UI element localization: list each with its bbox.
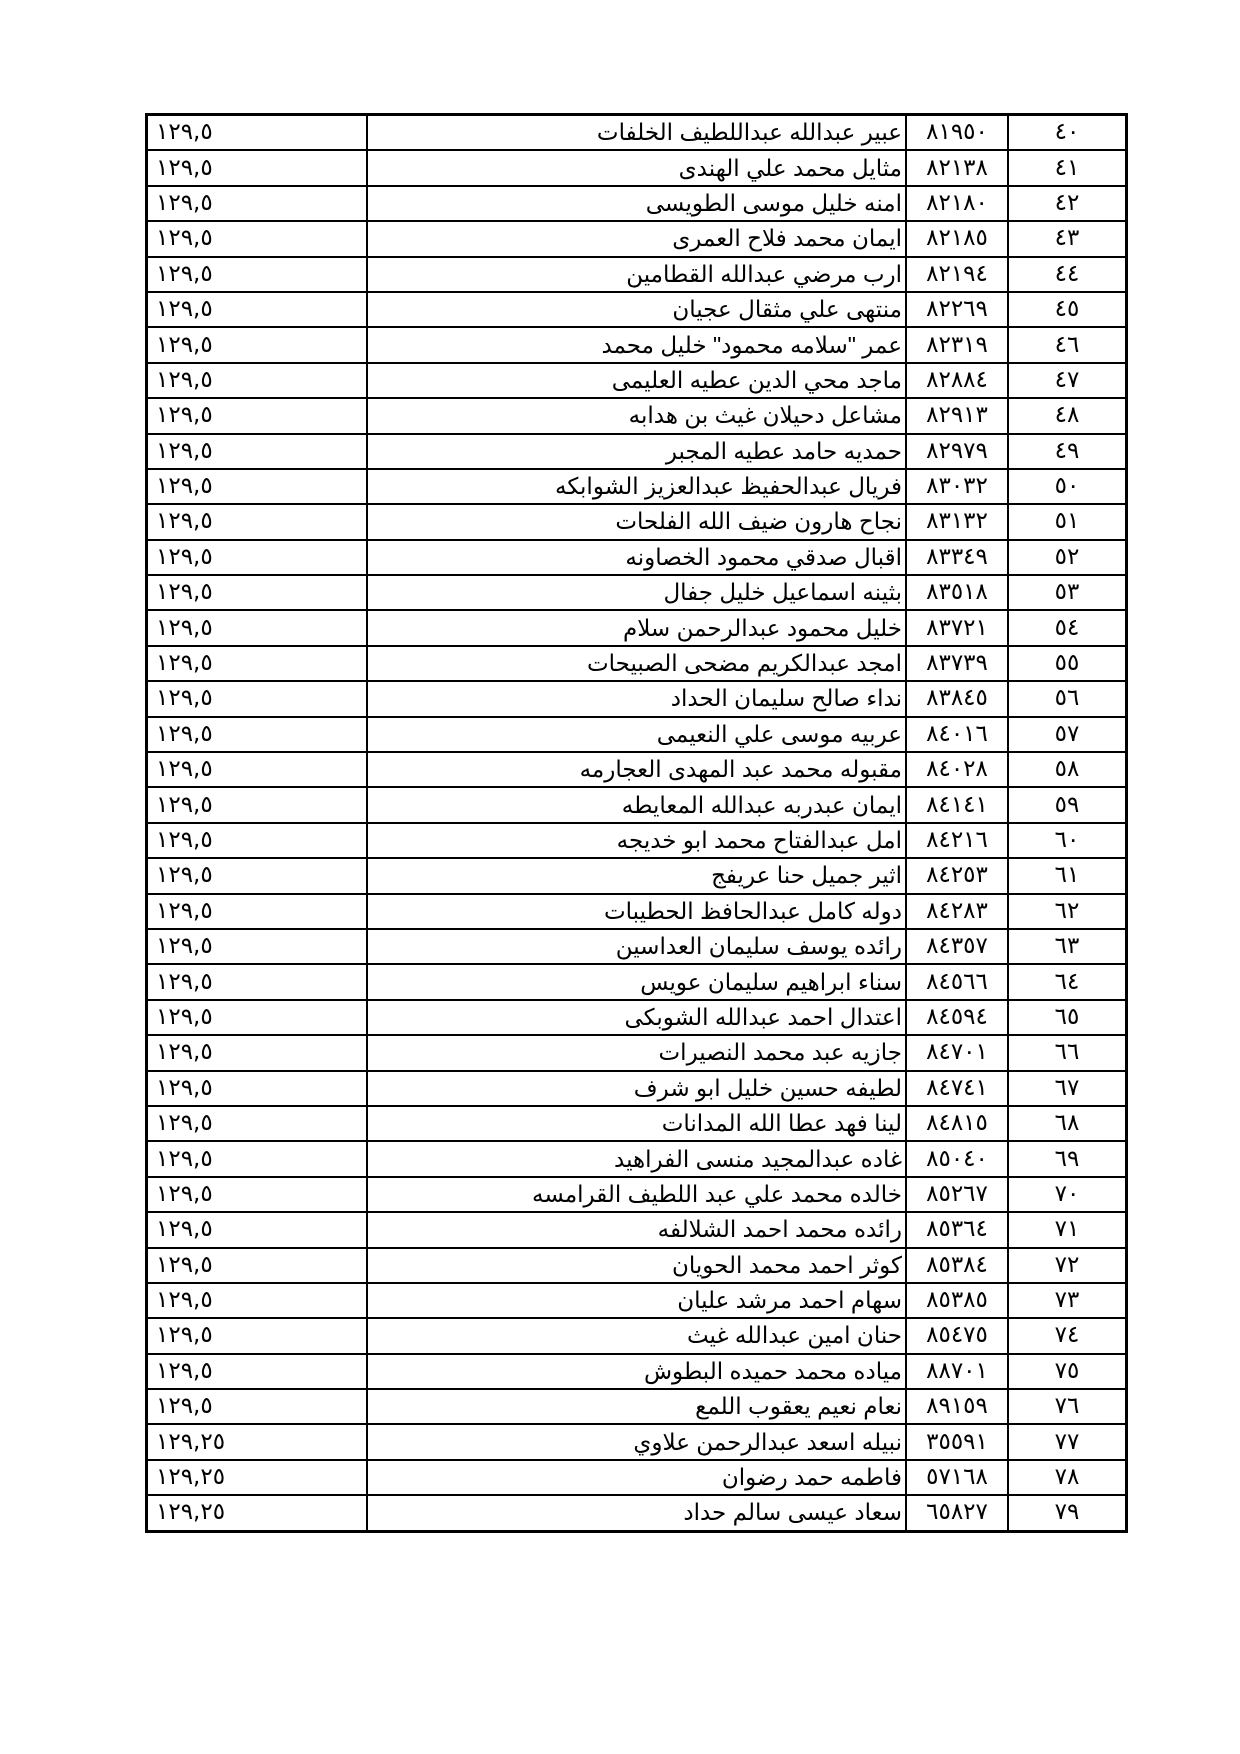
full-name-cell: خالده محمد علي عبد اللطيف القرامسه (367, 1177, 906, 1212)
score-cell: ١٢٩,٥ (147, 1106, 368, 1141)
full-name-cell: منتهى علي مثقال عجيان (367, 292, 906, 327)
row-index-cell: ٦٠ (1008, 823, 1127, 858)
record-id-cell: ٣٥٥٩١ (906, 1424, 1008, 1459)
record-id-cell: ٨٢٩٧٩ (906, 434, 1008, 469)
table-row: ٦٨٨٤٨١٥لينا فهد عطا الله المدانات١٢٩,٥ (147, 1106, 1127, 1141)
table-row: ٤٧٨٢٨٨٤ماجد محي الدين عطيه العليمى١٢٩,٥ (147, 363, 1127, 398)
score-cell: ١٢٩,٥ (147, 1000, 368, 1035)
record-id-cell: ٨٥٣٦٤ (906, 1212, 1008, 1247)
full-name-cell: بثينه اسماعيل خليل جفال (367, 575, 906, 610)
table-row: ٦١٨٤٢٥٣اثير جميل حنا عريفج١٢٩,٥ (147, 858, 1127, 893)
record-id-cell: ٨٢١٣٨ (906, 150, 1008, 185)
row-index-cell: ٦٢ (1008, 894, 1127, 929)
full-name-cell: فريال عبدالحفيظ عبدالعزيز الشوابكه (367, 469, 906, 504)
full-name-cell: ايمان محمد فلاح العمرى (367, 221, 906, 256)
row-index-cell: ٥٤ (1008, 610, 1127, 645)
record-id-cell: ٨٥٣٨٥ (906, 1283, 1008, 1318)
row-index-cell: ٤٩ (1008, 434, 1127, 469)
roster-table-body: ٤٠٨١٩٥٠عبير عبدالله عبداللطيف الخلفات١٢٩… (147, 115, 1127, 1532)
record-id-cell: ٨٤٨١٥ (906, 1106, 1008, 1141)
record-id-cell: ٦٥٨٢٧ (906, 1495, 1008, 1531)
full-name-cell: مياده محمد حميده البطوش (367, 1354, 906, 1389)
table-row: ٥١٨٣١٣٢نجاح هارون ضيف الله الفلحات١٢٩,٥ (147, 504, 1127, 539)
row-index-cell: ٤٧ (1008, 363, 1127, 398)
row-index-cell: ٦٦ (1008, 1035, 1127, 1070)
full-name-cell: امنه خليل موسى الطويسى (367, 186, 906, 221)
row-index-cell: ٧٨ (1008, 1460, 1127, 1495)
full-name-cell: فاطمه حمد رضوان (367, 1460, 906, 1495)
full-name-cell: مثايل محمد علي الهندى (367, 150, 906, 185)
score-cell: ١٢٩,٥ (147, 540, 368, 575)
record-id-cell: ٨٤٧٤١ (906, 1071, 1008, 1106)
full-name-cell: امجد عبدالكريم مضحى الصبيحات (367, 646, 906, 681)
full-name-cell: نجاح هارون ضيف الله الفلحات (367, 504, 906, 539)
full-name-cell: عبير عبدالله عبداللطيف الخلفات (367, 115, 906, 151)
score-cell: ١٢٩,٥ (147, 717, 368, 752)
full-name-cell: سعاد عيسى سالم حداد (367, 1495, 906, 1531)
row-index-cell: ٤٨ (1008, 398, 1127, 433)
full-name-cell: امل عبدالفتاح محمد ابو خديجه (367, 823, 906, 858)
table-row: ٥٠٨٣٠٣٢فريال عبدالحفيظ عبدالعزيز الشوابك… (147, 469, 1127, 504)
record-id-cell: ٨٢١٨٥ (906, 221, 1008, 256)
full-name-cell: دوله كامل عبدالحافظ الحطيبات (367, 894, 906, 929)
table-row: ٧٨٥٧١٦٨فاطمه حمد رضوان١٢٩,٢٥ (147, 1460, 1127, 1495)
score-cell: ١٢٩,٥ (147, 610, 368, 645)
row-index-cell: ٥١ (1008, 504, 1127, 539)
score-cell: ١٢٩,٥ (147, 469, 368, 504)
record-id-cell: ٨١٩٥٠ (906, 115, 1008, 151)
full-name-cell: غاده عبدالمجيد منسى الفراهيد (367, 1141, 906, 1176)
row-index-cell: ٤٥ (1008, 292, 1127, 327)
record-id-cell: ٨٥٠٤٠ (906, 1141, 1008, 1176)
score-cell: ١٢٩,٥ (147, 434, 368, 469)
score-cell: ١٢٩,٥ (147, 1389, 368, 1424)
table-row: ٦٥٨٤٥٩٤اعتدال احمد عبدالله الشوبكى١٢٩,٥ (147, 1000, 1127, 1035)
table-row: ٤٦٨٢٣١٩عمر "سلامه محمود" خليل محمد١٢٩,٥ (147, 327, 1127, 362)
row-index-cell: ٧١ (1008, 1212, 1127, 1247)
full-name-cell: حمديه حامد عطيه المجبر (367, 434, 906, 469)
row-index-cell: ٥٢ (1008, 540, 1127, 575)
row-index-cell: ٧٦ (1008, 1389, 1127, 1424)
score-cell: ١٢٩,٥ (147, 929, 368, 964)
document-page: ٤٠٨١٩٥٠عبير عبدالله عبداللطيف الخلفات١٢٩… (0, 0, 1240, 1754)
full-name-cell: مشاعل دحيلان غيث بن هدابه (367, 398, 906, 433)
score-cell: ١٢٩,٢٥ (147, 1495, 368, 1531)
record-id-cell: ٨٨٧٠١ (906, 1354, 1008, 1389)
score-cell: ١٢٩,٥ (147, 398, 368, 433)
full-name-cell: اثير جميل حنا عريفج (367, 858, 906, 893)
row-index-cell: ٧٠ (1008, 1177, 1127, 1212)
record-id-cell: ٨٣١٣٢ (906, 504, 1008, 539)
record-id-cell: ٨٤٠٢٨ (906, 752, 1008, 787)
row-index-cell: ٤٣ (1008, 221, 1127, 256)
row-index-cell: ٤٤ (1008, 257, 1127, 292)
record-id-cell: ٨٩١٥٩ (906, 1389, 1008, 1424)
table-row: ٥٨٨٤٠٢٨مقبوله محمد عبد المهدى العجارمه١٢… (147, 752, 1127, 787)
table-row: ٥٢٨٣٣٤٩اقبال صدقي محمود الخصاونه١٢٩,٥ (147, 540, 1127, 575)
score-cell: ١٢٩,٥ (147, 1141, 368, 1176)
row-index-cell: ٧٧ (1008, 1424, 1127, 1459)
row-index-cell: ٦٩ (1008, 1141, 1127, 1176)
table-row: ٦٢٨٤٢٨٣دوله كامل عبدالحافظ الحطيبات١٢٩,٥ (147, 894, 1127, 929)
score-cell: ١٢٩,٥ (147, 1318, 368, 1353)
full-name-cell: نبيله اسعد عبدالرحمن علاوي (367, 1424, 906, 1459)
full-name-cell: عربيه موسى علي النعيمى (367, 717, 906, 752)
score-cell: ١٢٩,٥ (147, 752, 368, 787)
table-row: ٥٤٨٣٧٢١خليل محمود عبدالرحمن سلام١٢٩,٥ (147, 610, 1127, 645)
score-cell: ١٢٩,٥ (147, 363, 368, 398)
row-index-cell: ٤٠ (1008, 115, 1127, 151)
table-row: ٧٧٣٥٥٩١نبيله اسعد عبدالرحمن علاوي١٢٩,٢٥ (147, 1424, 1127, 1459)
table-row: ٧١٨٥٣٦٤رائده محمد احمد الشلالفه١٢٩,٥ (147, 1212, 1127, 1247)
table-row: ٧٤٨٥٤٧٥حنان امين عبدالله غيث١٢٩,٥ (147, 1318, 1127, 1353)
row-index-cell: ٥٨ (1008, 752, 1127, 787)
row-index-cell: ٧٩ (1008, 1495, 1127, 1531)
table-row: ٤٣٨٢١٨٥ايمان محمد فلاح العمرى١٢٩,٥ (147, 221, 1127, 256)
score-cell: ١٢٩,٢٥ (147, 1424, 368, 1459)
row-index-cell: ٧٥ (1008, 1354, 1127, 1389)
row-index-cell: ٧٢ (1008, 1248, 1127, 1283)
full-name-cell: رائده يوسف سليمان العداسين (367, 929, 906, 964)
full-name-cell: خليل محمود عبدالرحمن سلام (367, 610, 906, 645)
record-id-cell: ٨٢٢٦٩ (906, 292, 1008, 327)
record-id-cell: ٨٣٧٢١ (906, 610, 1008, 645)
table-row: ٤٤٨٢١٩٤ارب مرضي عبدالله القطامين١٢٩,٥ (147, 257, 1127, 292)
full-name-cell: لطيفه حسين خليل ابو شرف (367, 1071, 906, 1106)
record-id-cell: ٨٣٣٤٩ (906, 540, 1008, 575)
record-id-cell: ٨٢٩١٣ (906, 398, 1008, 433)
score-cell: ١٢٩,٥ (147, 964, 368, 999)
row-index-cell: ٦١ (1008, 858, 1127, 893)
score-cell: ١٢٩,٥ (147, 1071, 368, 1106)
table-row: ٦٩٨٥٠٤٠غاده عبدالمجيد منسى الفراهيد١٢٩,٥ (147, 1141, 1127, 1176)
record-id-cell: ٨٤١٤١ (906, 787, 1008, 822)
table-row: ٧٣٨٥٣٨٥سهام احمد مرشد عليان١٢٩,٥ (147, 1283, 1127, 1318)
score-cell: ١٢٩,٥ (147, 823, 368, 858)
full-name-cell: عمر "سلامه محمود" خليل محمد (367, 327, 906, 362)
score-cell: ١٢٩,٥ (147, 575, 368, 610)
table-row: ٥٥٨٣٧٣٩امجد عبدالكريم مضحى الصبيحات١٢٩,٥ (147, 646, 1127, 681)
row-index-cell: ٦٧ (1008, 1071, 1127, 1106)
table-row: ٦٠٨٤٢١٦امل عبدالفتاح محمد ابو خديجه١٢٩,٥ (147, 823, 1127, 858)
table-row: ٥٩٨٤١٤١ايمان عبدربه عبدالله المعايطه١٢٩,… (147, 787, 1127, 822)
row-index-cell: ٦٣ (1008, 929, 1127, 964)
table-row: ٧٩٦٥٨٢٧سعاد عيسى سالم حداد١٢٩,٢٥ (147, 1495, 1127, 1531)
table-row: ٤١٨٢١٣٨مثايل محمد علي الهندى١٢٩,٥ (147, 150, 1127, 185)
score-cell: ١٢٩,٥ (147, 1177, 368, 1212)
score-cell: ١٢٩,٥ (147, 257, 368, 292)
full-name-cell: نداء صالح سليمان الحداد (367, 681, 906, 716)
score-cell: ١٢٩,٢٥ (147, 1460, 368, 1495)
score-cell: ١٢٩,٥ (147, 1212, 368, 1247)
full-name-cell: ارب مرضي عبدالله القطامين (367, 257, 906, 292)
row-index-cell: ٧٤ (1008, 1318, 1127, 1353)
record-id-cell: ٨٥٤٧٥ (906, 1318, 1008, 1353)
score-cell: ١٢٩,٥ (147, 186, 368, 221)
table-row: ٤٨٨٢٩١٣مشاعل دحيلان غيث بن هدابه١٢٩,٥ (147, 398, 1127, 433)
row-index-cell: ٥٥ (1008, 646, 1127, 681)
record-id-cell: ٨٣٨٤٥ (906, 681, 1008, 716)
score-cell: ١٢٩,٥ (147, 787, 368, 822)
row-index-cell: ٤٦ (1008, 327, 1127, 362)
row-index-cell: ٥٦ (1008, 681, 1127, 716)
table-row: ٧٠٨٥٢٦٧خالده محمد علي عبد اللطيف القرامس… (147, 1177, 1127, 1212)
score-cell: ١٢٩,٥ (147, 1248, 368, 1283)
row-index-cell: ٥٩ (1008, 787, 1127, 822)
table-row: ٥٣٨٣٥١٨بثينه اسماعيل خليل جفال١٢٩,٥ (147, 575, 1127, 610)
full-name-cell: لينا فهد عطا الله المدانات (367, 1106, 906, 1141)
score-cell: ١٢٩,٥ (147, 221, 368, 256)
full-name-cell: سهام احمد مرشد عليان (367, 1283, 906, 1318)
table-row: ٦٣٨٤٣٥٧رائده يوسف سليمان العداسين١٢٩,٥ (147, 929, 1127, 964)
row-index-cell: ٧٣ (1008, 1283, 1127, 1318)
score-cell: ١٢٩,٥ (147, 894, 368, 929)
record-id-cell: ٨٥٢٦٧ (906, 1177, 1008, 1212)
score-cell: ١٢٩,٥ (147, 1354, 368, 1389)
row-index-cell: ٤٢ (1008, 186, 1127, 221)
row-index-cell: ٥٧ (1008, 717, 1127, 752)
full-name-cell: اقبال صدقي محمود الخصاونه (367, 540, 906, 575)
table-row: ٤٢٨٢١٨٠امنه خليل موسى الطويسى١٢٩,٥ (147, 186, 1127, 221)
score-cell: ١٢٩,٥ (147, 858, 368, 893)
table-row: ٧٦٨٩١٥٩نعام نعيم يعقوب اللمع١٢٩,٥ (147, 1389, 1127, 1424)
score-cell: ١٢٩,٥ (147, 504, 368, 539)
roster-table: ٤٠٨١٩٥٠عبير عبدالله عبداللطيف الخلفات١٢٩… (145, 113, 1128, 1533)
record-id-cell: ٨٤٠١٦ (906, 717, 1008, 752)
table-row: ٥٧٨٤٠١٦عربيه موسى علي النعيمى١٢٩,٥ (147, 717, 1127, 752)
score-cell: ١٢٩,٥ (147, 150, 368, 185)
score-cell: ١٢٩,٥ (147, 292, 368, 327)
table-row: ٦٦٨٤٧٠١جازيه عبد محمد النصيرات١٢٩,٥ (147, 1035, 1127, 1070)
record-id-cell: ٨٢١٨٠ (906, 186, 1008, 221)
full-name-cell: اعتدال احمد عبدالله الشوبكى (367, 1000, 906, 1035)
score-cell: ١٢٩,٥ (147, 1283, 368, 1318)
record-id-cell: ٨٤٥٩٤ (906, 1000, 1008, 1035)
table-row: ٤٥٨٢٢٦٩منتهى علي مثقال عجيان١٢٩,٥ (147, 292, 1127, 327)
score-cell: ١٢٩,٥ (147, 327, 368, 362)
record-id-cell: ٨٤٢٨٣ (906, 894, 1008, 929)
score-cell: ١٢٩,٥ (147, 681, 368, 716)
record-id-cell: ٨٣٠٣٢ (906, 469, 1008, 504)
record-id-cell: ٨٤٧٠١ (906, 1035, 1008, 1070)
full-name-cell: ايمان عبدربه عبدالله المعايطه (367, 787, 906, 822)
row-index-cell: ٦٨ (1008, 1106, 1127, 1141)
score-cell: ١٢٩,٥ (147, 1035, 368, 1070)
full-name-cell: كوثر احمد محمد الحويان (367, 1248, 906, 1283)
row-index-cell: ٦٤ (1008, 964, 1127, 999)
full-name-cell: سناء ابراهيم سليمان عويس (367, 964, 906, 999)
full-name-cell: حنان امين عبدالله غيث (367, 1318, 906, 1353)
table-row: ٦٧٨٤٧٤١لطيفه حسين خليل ابو شرف١٢٩,٥ (147, 1071, 1127, 1106)
row-index-cell: ٤١ (1008, 150, 1127, 185)
record-id-cell: ٨٤٢٥٣ (906, 858, 1008, 893)
table-row: ٧٢٨٥٣٨٤كوثر احمد محمد الحويان١٢٩,٥ (147, 1248, 1127, 1283)
record-id-cell: ٨٤٢١٦ (906, 823, 1008, 858)
score-cell: ١٢٩,٥ (147, 646, 368, 681)
full-name-cell: رائده محمد احمد الشلالفه (367, 1212, 906, 1247)
full-name-cell: ماجد محي الدين عطيه العليمى (367, 363, 906, 398)
record-id-cell: ٨٤٥٦٦ (906, 964, 1008, 999)
full-name-cell: مقبوله محمد عبد المهدى العجارمه (367, 752, 906, 787)
record-id-cell: ٨٢١٩٤ (906, 257, 1008, 292)
row-index-cell: ٥٣ (1008, 575, 1127, 610)
table-row: ٤٩٨٢٩٧٩حمديه حامد عطيه المجبر١٢٩,٥ (147, 434, 1127, 469)
full-name-cell: جازيه عبد محمد النصيرات (367, 1035, 906, 1070)
record-id-cell: ٥٧١٦٨ (906, 1460, 1008, 1495)
full-name-cell: نعام نعيم يعقوب اللمع (367, 1389, 906, 1424)
table-row: ٦٤٨٤٥٦٦سناء ابراهيم سليمان عويس١٢٩,٥ (147, 964, 1127, 999)
record-id-cell: ٨٣٧٣٩ (906, 646, 1008, 681)
table-row: ٤٠٨١٩٥٠عبير عبدالله عبداللطيف الخلفات١٢٩… (147, 115, 1127, 151)
table-row: ٧٥٨٨٧٠١مياده محمد حميده البطوش١٢٩,٥ (147, 1354, 1127, 1389)
score-cell: ١٢٩,٥ (147, 115, 368, 151)
record-id-cell: ٨٢٨٨٤ (906, 363, 1008, 398)
row-index-cell: ٦٥ (1008, 1000, 1127, 1035)
record-id-cell: ٨٥٣٨٤ (906, 1248, 1008, 1283)
table-row: ٥٦٨٣٨٤٥نداء صالح سليمان الحداد١٢٩,٥ (147, 681, 1127, 716)
record-id-cell: ٨٢٣١٩ (906, 327, 1008, 362)
row-index-cell: ٥٠ (1008, 469, 1127, 504)
record-id-cell: ٨٤٣٥٧ (906, 929, 1008, 964)
record-id-cell: ٨٣٥١٨ (906, 575, 1008, 610)
